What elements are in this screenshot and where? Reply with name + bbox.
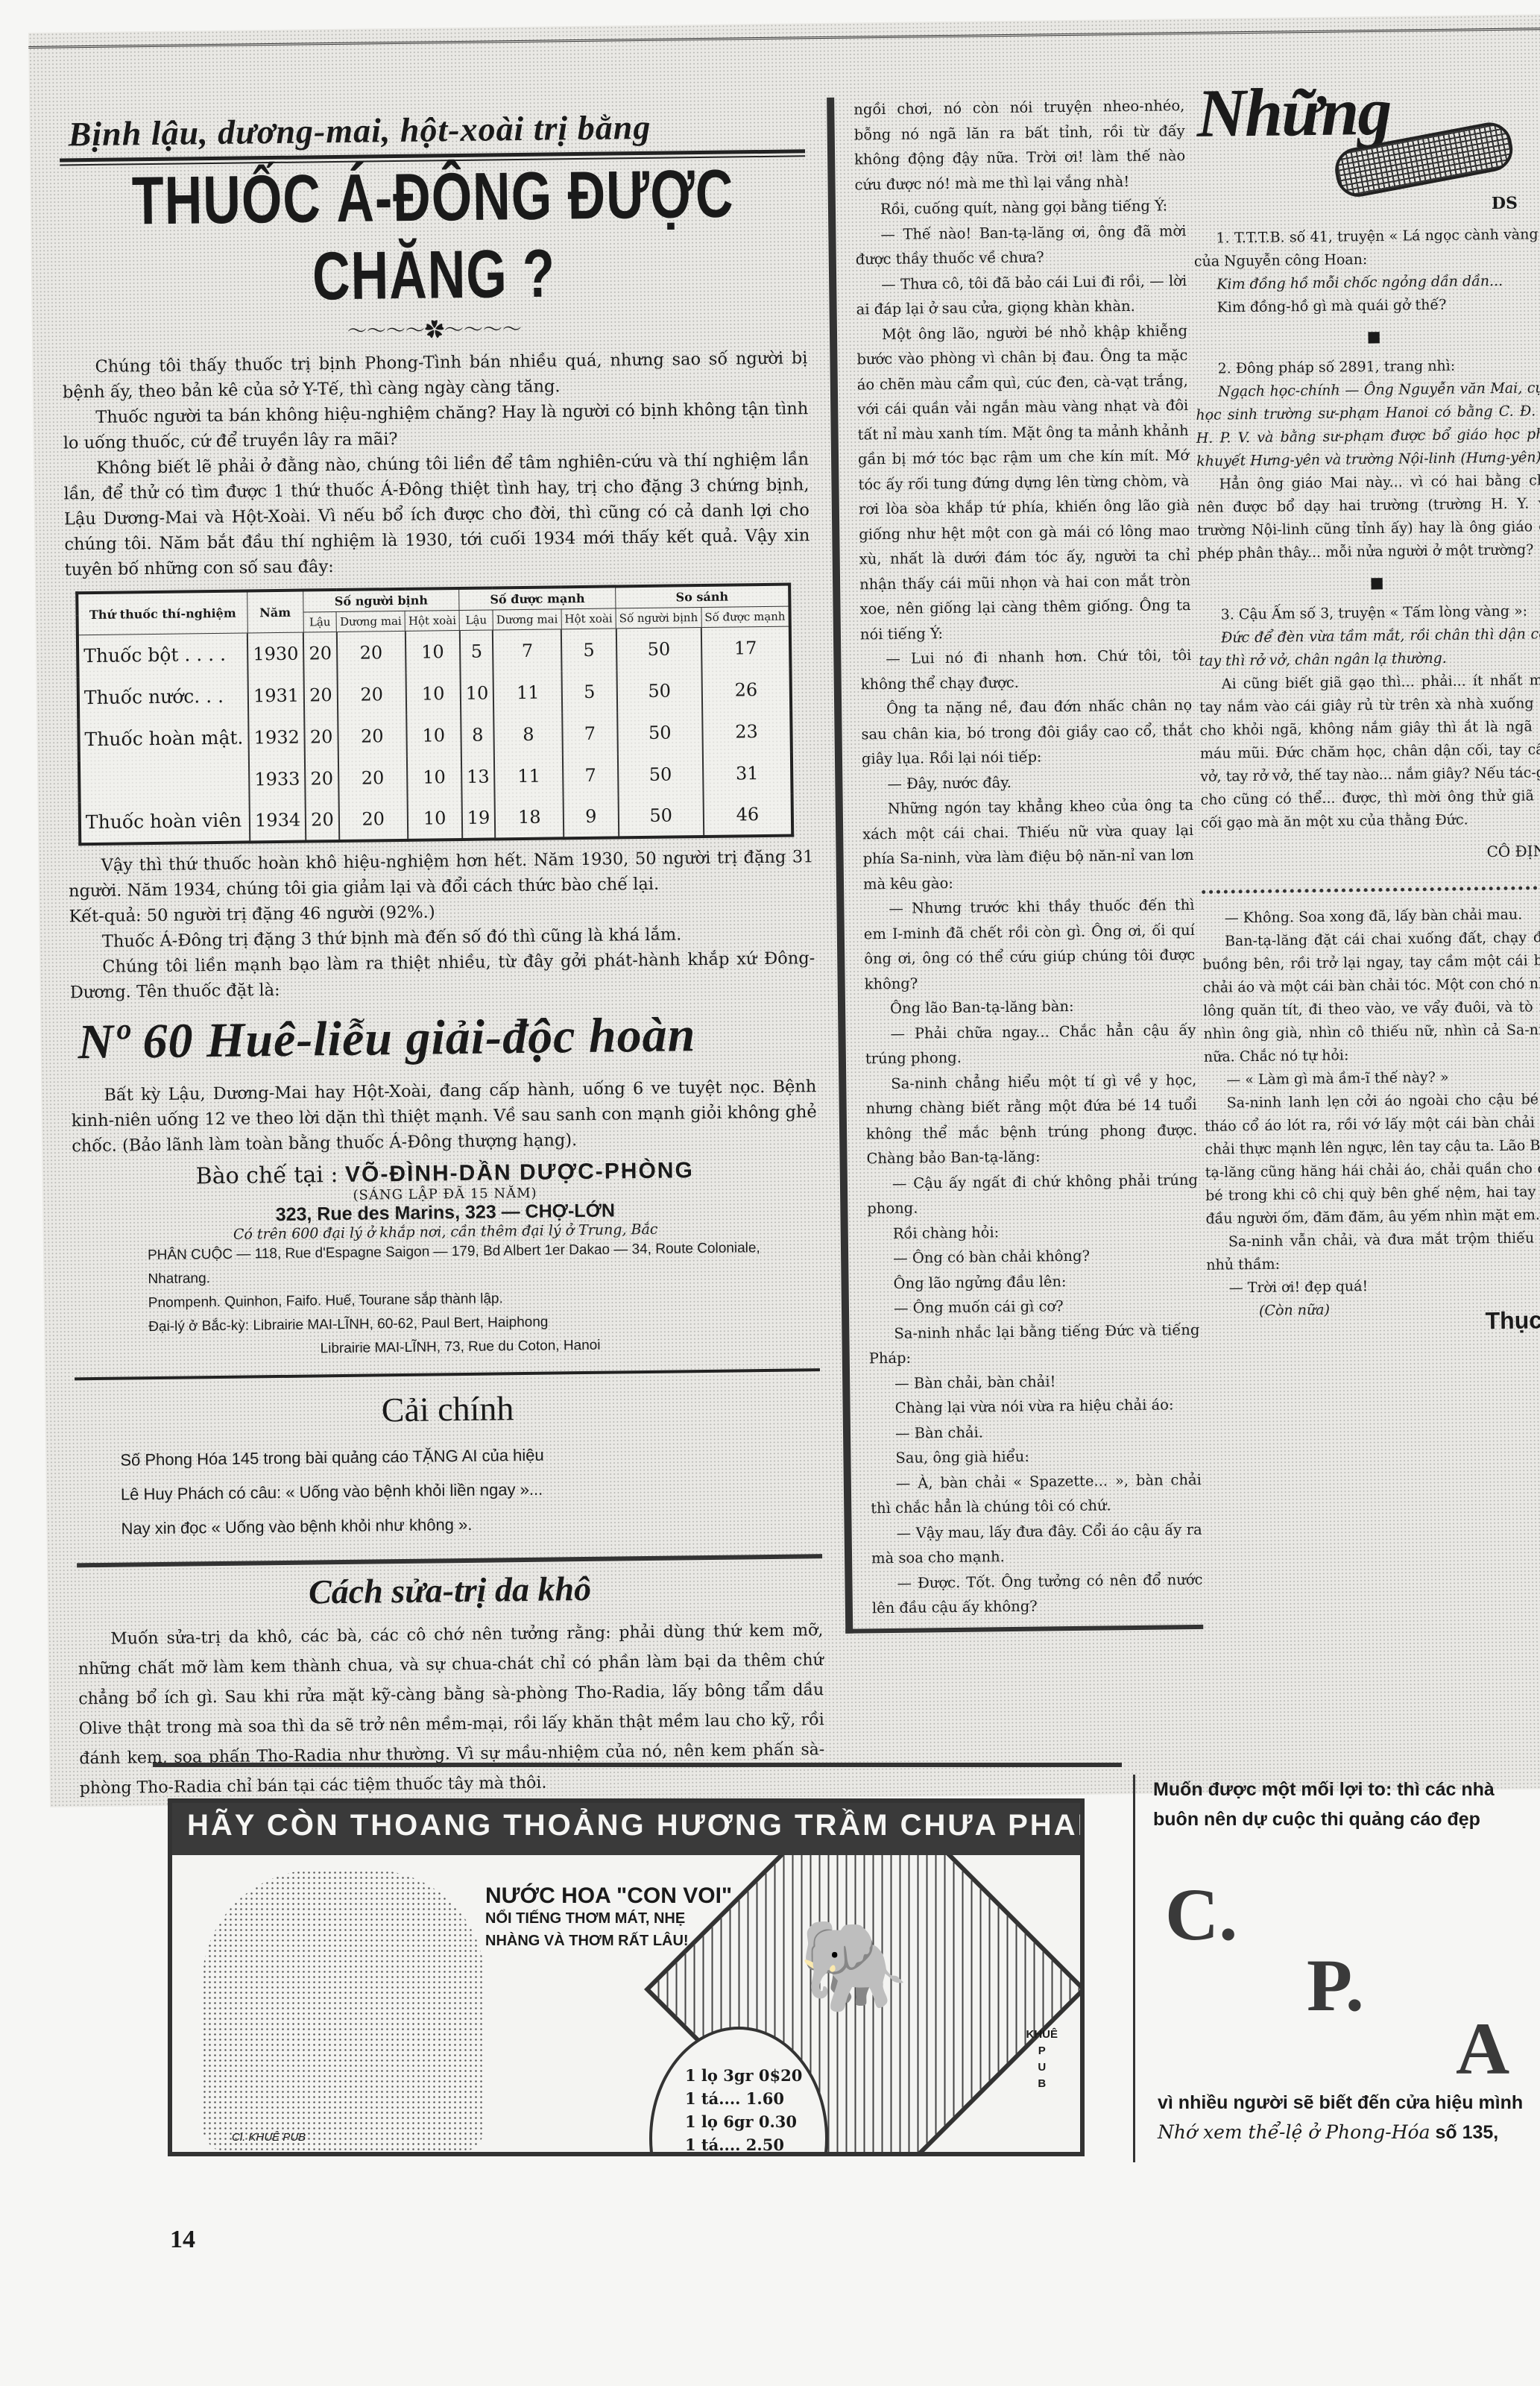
col-duong-mai: Dương mai [493, 609, 561, 630]
cpa-letter-c: C. [1165, 1872, 1237, 1957]
story-column: ngồi chơi, nó còn nói truyện nheo-nhéo, … [827, 93, 1203, 1633]
square-bullet-icon: ■ [1195, 323, 1540, 350]
col-hot-xoai: Hột xoài [561, 608, 616, 629]
cpa-advertisement: Muốn được một mối lợi to: thì các nhà bu… [1133, 1775, 1540, 2162]
skin-article-title: Cách sửa-trị da khô [77, 1566, 823, 1614]
section-divider [77, 1554, 822, 1567]
left-column: Bịnh lậu, dương-mai, hột-xoài trị bằng T… [59, 105, 825, 1804]
byline: CÔ ĐỊNH [1201, 840, 1540, 867]
story-box: ngồi chơi, nó còn nói truyện nheo-nhéo, … [827, 93, 1203, 1633]
price-item: 1 tá.... 1.60 [685, 2087, 825, 2110]
advertisement-section: 🐘 HÃY CÒN THOANG THOẢNG HƯƠNG TRẦM CHƯA … [0, 1745, 1540, 2207]
square-bullet-icon: ■ [1198, 569, 1540, 596]
product-description: Bất kỳ Lậu, Dương-Mai hay Hột-Xoài, đang… [71, 1074, 817, 1159]
article-headline: THUỐC Á-ĐÔNG ĐƯỢC CHĂNG ? [60, 154, 807, 318]
right-column: Những DS 1. T.T.T.B. số 41, truyện « Lá … [1192, 59, 1540, 1336]
elephant-icon: 🐘 [798, 1915, 909, 2019]
column-masthead: Những DS [1192, 59, 1540, 227]
errata-comment: Hẳn ông giáo Mai này... vì có hai bằng c… [1196, 469, 1540, 566]
story-author: Thục-T [1207, 1309, 1540, 1336]
paragraph: Vậy thì thứ thuốc hoàn khô hiệu-nghiệm h… [68, 844, 814, 904]
col-cmp-cured: Số được mạnh [701, 606, 790, 627]
ad-top-rule [153, 1763, 1122, 1767]
maker-name: VÕ-ĐÌNH-DẦN DƯỢC-PHÒNG [345, 1158, 694, 1187]
branch-list: PHÂN CUỘC — 118, Rue d'Espagne Saigon — … [73, 1236, 820, 1364]
errata-lead: 1. T.T.T.B. số 41, truyện « Lá ngọc cành… [1193, 223, 1540, 274]
correction-title: Cải chính [75, 1385, 821, 1433]
errata-list: 1. T.T.T.B. số 41, truyện « Lá ngọc cành… [1193, 223, 1540, 1336]
col-lau: Lậu [459, 610, 493, 631]
cpa-letter-p: P. [1307, 1942, 1364, 2028]
newspaper-page: Bịnh lậu, dương-mai, hột-xoài trị bằng T… [28, 14, 1540, 1807]
ad-slogan: NƯỚC HOA "CON VOI" NỔI TIẾNG THƠM MÁT, N… [485, 1885, 732, 1952]
woman-illustration-icon [202, 1870, 485, 2153]
article-kicker: Bịnh lậu, dương-mai, hột-xoài trị bằng [59, 105, 805, 154]
masthead-title: Những [1196, 72, 1391, 153]
section-divider [75, 1368, 820, 1380]
product-name: Nº 60 Huê-liễu giải-độc hoàn [78, 1005, 816, 1071]
errata-comment: Ai cũng biết giã gạo thì... phải... ít n… [1199, 669, 1540, 835]
price-item: 1 lọ 6gr 0.30 [685, 2110, 825, 2133]
col-group-cured: Số được mạnh [459, 586, 616, 610]
ad-credit: Cl. KHUÊ PUB [232, 2131, 306, 2144]
col-cmp-patients: Số người bịnh [616, 608, 701, 629]
paragraph: Thuốc người ta bán không hiệu-nghiệm chă… [63, 396, 809, 456]
wavy-divider [1202, 882, 1540, 894]
paragraph: Chúng tôi thấy thuốc trị bịnh Phong-Tình… [62, 345, 808, 405]
price-item: 1 tá.... 2.50 [685, 2133, 825, 2156]
col-duong-mai: Dương mai [336, 611, 405, 632]
col-hot-xoai: Hột xoài [405, 610, 460, 631]
ad-banner: HÃY CÒN THOANG THOẢNG HƯƠNG TRẦM CHƯA PH… [172, 1803, 1080, 1855]
col-medicine: Thứ thuốc thí-nghiệm [77, 591, 247, 635]
story-text: ngồi chơi, nó còn nói truyện nheo-nhéo, … [853, 93, 1203, 1621]
cpa-footer: vì nhiều người sẽ biết đến cửa hiệu mình… [1158, 2088, 1523, 2147]
price-item: 1 lọ 3gr 0$20 [685, 2064, 825, 2087]
branch-line: PHÂN CUỘC — 118, Rue d'Espagne Saigon — … [148, 1236, 819, 1291]
errata-quote: Kim đồng hồ mỗi chốc ngỏng dần dần... [1194, 269, 1540, 297]
col-group-patients: Số người bịnh [303, 588, 459, 612]
col-lau: Lậu [303, 612, 337, 633]
ad-mark: KHUÊ P U B [1026, 2027, 1058, 2092]
cpa-line: buôn nên dự cuộc thi quảng cáo đẹp [1153, 1804, 1540, 1834]
paragraph: Chúng tôi liền mạnh bạo làm ra thiệt nhi… [69, 945, 815, 1005]
brand-name: NƯỚC HOA "CON VOI" [485, 1885, 732, 1907]
article-results: Vậy thì thứ thuốc hoàn khô hiệu-nghiệm h… [68, 844, 815, 1005]
errata-comment: Kim đồng-hồ gì mà quái gở thế? [1194, 292, 1540, 320]
perfume-advertisement: 🐘 HÃY CÒN THOANG THOẢNG HƯƠNG TRẦM CHƯA … [168, 1798, 1085, 2156]
artist-signature: DS [1492, 194, 1518, 213]
cpa-letter-a: A [1456, 2006, 1509, 2091]
table-row: Thuốc hoàn viên 1934 20 20 10 19 18 9 50… [80, 793, 793, 844]
top-rule [28, 28, 1540, 48]
cpa-line: Muốn được một mối lợi to: thì các nhà [1153, 1775, 1540, 1804]
results-table: Thứ thuốc thí-nghiệm Năm Số người bịnh S… [75, 583, 794, 846]
maker-prefix: Bào chế tại : [195, 1162, 338, 1189]
page-number: 14 [170, 2226, 195, 2254]
col-group-compare: So sánh [616, 585, 790, 608]
article-intro: Chúng tôi thấy thuốc trị bịnh Phong-Tình… [62, 345, 810, 582]
errata-quote: Đức để đèn vừa tầm mắt, rồi chân thì dận… [1199, 623, 1540, 673]
paragraph: Không biết lẽ phải ở đằng nào, chúng tôi… [63, 447, 810, 582]
col-year: Năm [247, 591, 303, 633]
correction-body: Số Phong Hóa 145 trong bài quảng cáo TẶN… [75, 1435, 822, 1546]
errata-quote: Ngạch học-chính — Ông Nguyễn văn Mai, cự… [1196, 377, 1540, 473]
